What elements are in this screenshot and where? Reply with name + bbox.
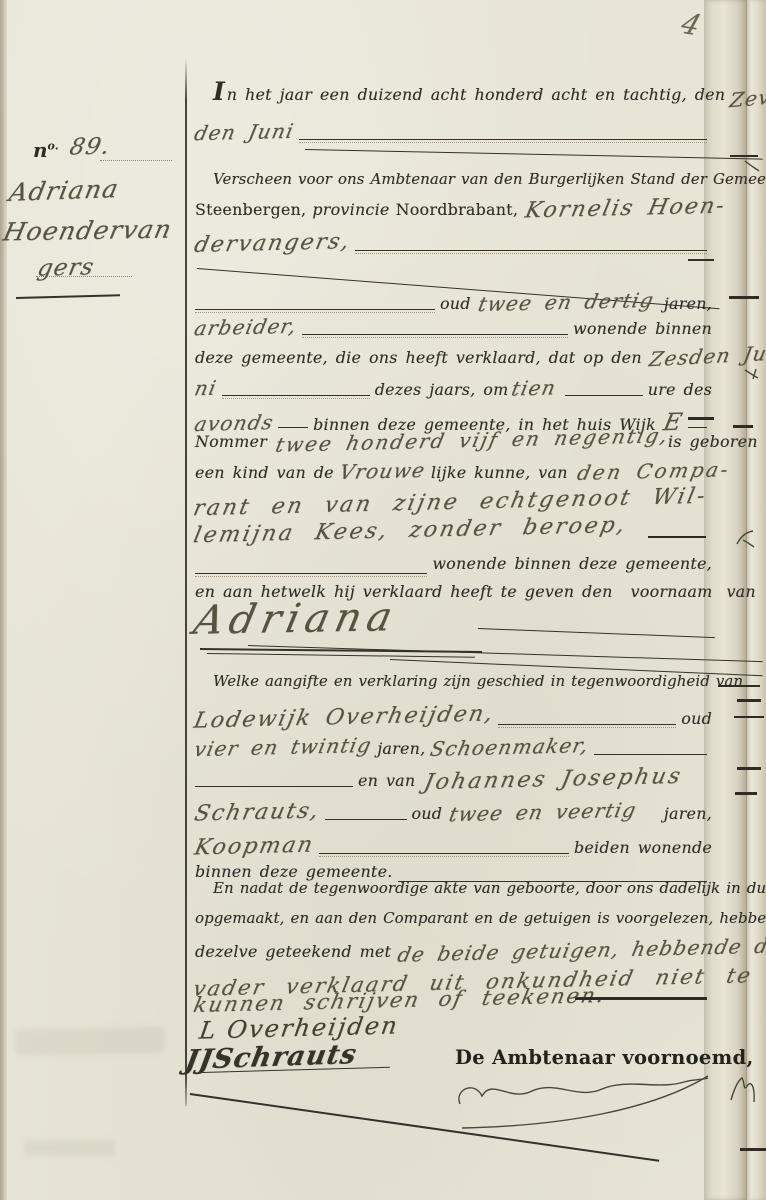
body-line-12: een kind van de Vrouwe lijke kunne, van … [195,459,755,485]
body-line-22: Schrauts, oud twee en veertig jaren, [195,800,712,826]
body-line-14: lemijna Kees, zonder beroep, [195,518,712,544]
printed-text: oud [412,804,443,823]
dotted-guide [100,160,172,161]
handwritten-mother-intro: rant en van zijne echtgenoot Wil- [191,484,710,521]
printed-text: beiden wonende [574,838,712,857]
body-line-1: In het jaar een duizend acht honderd ach… [213,77,758,103]
handwritten-witness2-surname: Schrauts, [192,798,322,826]
handwritten-witness2-name: Johannes Josephus [422,764,685,795]
printed-text: Noordbrabant, [396,200,519,219]
ink-tick [688,417,714,420]
act-number: 89. [67,134,113,161]
handwritten-day: Zeven- [728,82,766,113]
printed-text: dezes jaars, om [375,380,509,399]
handwritten-child-name: Adriana [190,594,402,644]
bleed-through-smudge [25,1140,115,1156]
printed-text: is geboren [668,432,758,451]
handwritten-house-number: twee honderd vijf en negentig, [273,423,671,457]
drop-cap: I [213,77,225,106]
body-line-29: kunnen schrijven of teekenen. [195,988,615,1014]
printed-text: deze gemeente, die ons heeft verklaard, … [195,348,642,367]
fill-line [319,853,569,854]
body-line-4: Steenbergen, provincie Noordbrabant, Kor… [195,196,755,222]
witness1-signature: L Overheijden [197,1011,400,1044]
body-line-13: rant en van zijne echtgenoot Wil- [195,490,735,516]
edge-ink-mark [742,366,762,382]
no-abbrev: n [33,138,48,162]
fill-line [195,786,353,787]
fill-line [299,139,707,140]
handwritten-mother-name: lemijna Kees, zonder beroep, [191,513,629,549]
handwritten-closing-1: de beide getuigen, hebbende de [396,933,766,966]
body-line-18: Welke aangifte en verklaring zijn geschi… [213,672,712,698]
corner-ink-mark: 4 [677,7,706,43]
body-line-23: Koopman beiden wonende [195,834,712,860]
handwritten-parent-ref: den Compa- [575,457,732,485]
fill-line [195,309,435,310]
printed-text: wonende binnen [573,319,712,338]
printed-text: Steenbergen, [195,200,306,219]
handwritten-declarant-name: Kornelis Hoen- [523,194,728,224]
strike-line [305,149,763,160]
printed-text: lijke kunne, van [431,463,568,482]
body-line-7: arbeider, wonende binnen [195,315,712,341]
handwritten-declarant-name-2: dervangers, [192,229,353,258]
printed-text: een kind van de [195,463,334,482]
printed-text: Welke aangifte en verklaring zijn geschi… [213,672,743,690]
printed-text: jaren, [664,294,712,313]
fill-line [222,395,370,396]
ink-tick [718,685,760,687]
edge-ink-mark [727,1072,759,1106]
act-number-label: no. [33,138,59,162]
printed-text: dezelve geteekend met [195,942,391,961]
printed-text: opgemaakt, en aan den Comparant en de ge… [195,909,766,927]
ink-tick [740,1148,766,1151]
edge-ink-mark [742,158,762,174]
printed-text: jaren, [664,804,712,823]
printed-text: van [726,582,755,601]
margin-rule [185,58,187,1106]
body-line-15: wonende binnen deze gemeente, [195,554,712,580]
body-line-8: deze gemeente, die ons heeft verklaard, … [195,344,740,370]
printed-text: jaren, [377,739,425,758]
body-line-21: en van Johannes Josephus [195,767,740,793]
handwritten-gender: Vrouwe [337,458,428,484]
handwritten-age: twee en dertig [476,288,656,316]
page-edge-left [0,0,7,1200]
body-line-25: En nadat de tegenwoordige akte van geboo… [213,879,712,905]
handwritten-witness1-name: Lodewijk Overheijden, [192,701,497,733]
bleed-through-smudge [15,1027,165,1056]
printed-text: oud [440,294,471,313]
fill-line [325,819,407,820]
official-signature [452,1058,714,1138]
printed-text: En nadat de tegenwoordige akte van geboo… [213,879,766,897]
fill-line [478,628,715,638]
body-line-20: vier en twintig jaren, Schoenmaker, [195,735,712,761]
printed-text: voornaam [631,582,713,601]
body-line-19: Lodewijk Overheijden, oud [195,705,712,731]
ink-tick [688,259,714,261]
printed-text: Nommer [195,432,267,451]
ink-tick [737,767,761,770]
handwritten-month: den Juni [192,119,296,145]
printed-text: n het jaar een duizend acht honderd acht… [227,85,726,104]
no-superscript: o. [48,139,59,152]
fill-line [498,724,676,725]
printed-text: ure des [648,380,712,399]
ink-tick [730,155,758,157]
birth-certificate-scan: 4 no. 89. Adriana Hoendervan gers In het… [0,0,766,1200]
body-line-11: Nommer twee honderd vijf en negentig, is… [195,428,712,454]
body-line-2: den Juni [195,120,712,146]
handwritten-witness1-occupation: Schoenmaker, [429,733,592,761]
handwritten-witness2-age: twee en veertig [447,798,639,827]
fill-line [355,250,707,251]
ink-tick [737,699,761,702]
printed-text: provincie [312,200,389,219]
printed-text: oud [681,709,712,728]
fill-line [594,754,707,755]
ink-tick [735,792,757,795]
handwritten-occupation: arbeider, [192,314,299,340]
ink-tick [729,296,759,299]
body-line-6: oud twee en dertig jaren, [195,290,712,316]
ink-tick [648,536,706,538]
body-line-5: dervangers, [195,231,712,257]
fill-line [195,573,427,574]
handwritten-birth-date-2: ni [192,376,219,401]
margin-flourish-line [16,294,120,299]
ink-tick [575,997,707,1000]
margin-child-name: Adriana [7,174,122,207]
ink-tick [733,425,753,428]
printed-text: en van [358,771,415,790]
margin-child-surname: Hoendervan [1,215,175,247]
edge-ink-mark [733,528,757,550]
printed-text: wonende binnen deze gemeente, [432,554,712,573]
name-underline-2 [207,653,475,658]
dotted-guide [36,276,132,277]
body-line-26: opgemaakt, en aan den Comparant en de ge… [195,909,712,935]
handwritten-witness2-occupation: Koopman [192,833,316,861]
handwritten-hour: tien [510,375,559,400]
body-line-27: dezelve geteekend met de beide getuigen,… [195,938,740,964]
handwritten-witness1-age: vier en twintig [192,733,374,761]
strike-line [248,645,763,662]
margin-child-surname-2: gers [35,254,97,281]
body-line-3: Verscheen voor ons Ambtenaar van den Bur… [213,170,713,196]
printed-text: Verscheen voor ons Ambtenaar van den Bur… [213,170,766,188]
fill-line [302,334,568,335]
body-line-9: ni dezes jaars, om tien ure des [195,376,712,402]
fill-line [565,395,642,396]
ink-tick [734,716,764,718]
